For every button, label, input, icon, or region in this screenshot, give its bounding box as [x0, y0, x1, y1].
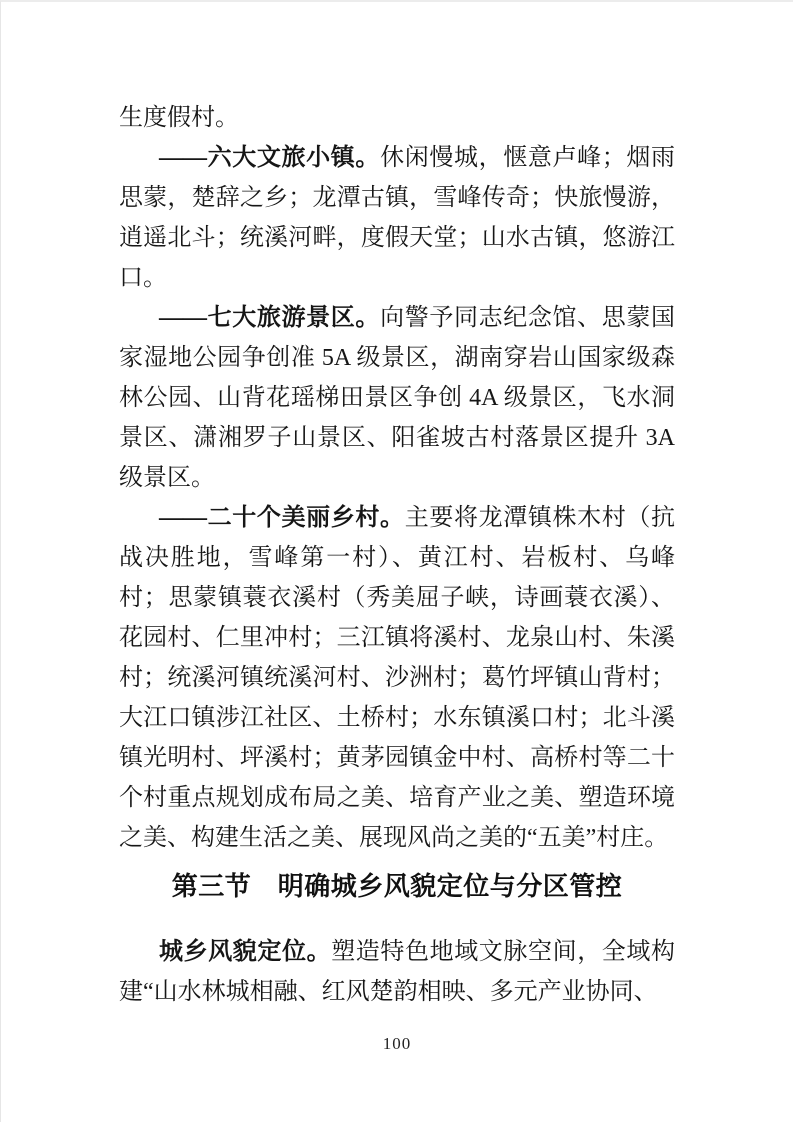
page-content: 生度假村。 ——六大文旅小镇。休闲慢城，惬意卢峰；烟雨思蒙，楚辞之乡；龙潭古镇，…: [119, 98, 675, 1012]
paragraph-text: 生度假村。: [119, 105, 239, 131]
paragraph-lead-bold: ——六大文旅小镇。: [159, 145, 380, 171]
paragraph-lead-bold: ——七大旅游景区。: [159, 305, 380, 331]
document-page: 生度假村。 ——六大文旅小镇。休闲慢城，惬意卢峰；烟雨思蒙，楚辞之乡；龙潭古镇，…: [0, 0, 793, 1122]
paragraph-text: 向警予同志纪念馆、思蒙国家湿地公园争创准 5A 级景区，湖南穿岩山国家级森林公园…: [119, 305, 675, 491]
paragraph-seven-scenic-areas: ——七大旅游景区。向警予同志纪念馆、思蒙国家湿地公园争创准 5A 级景区，湖南穿…: [119, 298, 675, 498]
paragraph-twenty-beautiful-villages: ——二十个美丽乡村。主要将龙潭镇株木村（抗战决胜地，雪峰第一村）、黄江村、岩板村…: [119, 498, 675, 858]
page-number: 100: [383, 1034, 412, 1053]
paragraph-lead-bold: ——二十个美丽乡村。: [159, 505, 405, 531]
section-heading: 第三节 明确城乡风貌定位与分区管控: [119, 866, 675, 906]
paragraph-text: 主要将龙潭镇株木村（抗战决胜地，雪峰第一村）、黄江村、岩板村、乌峰村；思蒙镇蓑衣…: [119, 505, 675, 851]
paragraph-six-culture-tourism-towns: ——六大文旅小镇。休闲慢城，惬意卢峰；烟雨思蒙，楚辞之乡；龙潭古镇，雪峰传奇；快…: [119, 138, 675, 298]
page-footer: 100: [1, 1034, 793, 1054]
paragraph-resort-village-tail: 生度假村。: [119, 98, 675, 138]
paragraph-lead-bold: 城乡风貌定位。: [159, 939, 331, 965]
paragraph-urban-rural-style-positioning: 城乡风貌定位。塑造特色地域文脉空间，全域构建“山水林城相融、红风楚韵相映、多元产…: [119, 932, 675, 1012]
